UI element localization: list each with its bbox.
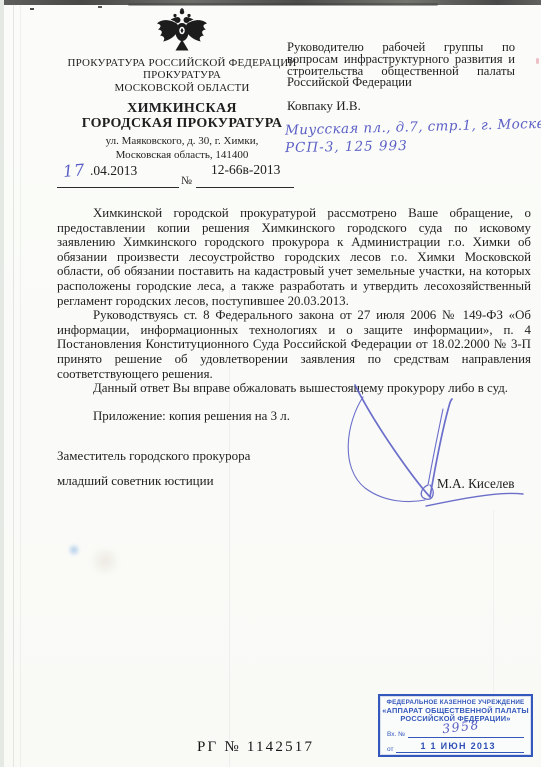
body-paragraph-1: Химкинской городской прокуратурой рассмо…	[57, 206, 531, 308]
paper-fold-line	[13, 4, 14, 767]
signer-position-line-2: младший советник юстиции	[57, 473, 214, 489]
letter-body: Химкинской городской прокуратурой рассмо…	[57, 206, 531, 423]
coat-of-arms-eagle-icon	[155, 8, 209, 54]
recipient-block: Руководителю рабочей группы по вопросам …	[287, 42, 515, 114]
handwritten-day: 17	[62, 160, 86, 181]
scan-speck	[30, 8, 34, 10]
org-name-line-1: ХИМКИНСКАЯ	[40, 101, 324, 116]
stamp-incoming-label: Вх. №	[387, 731, 408, 738]
letterhead: ПРОКУРАТУРА РОССИЙСКОЙ ФЕДЕРАЦИИ ПРОКУРА…	[40, 8, 324, 162]
paper-fold-line	[493, 510, 494, 717]
scan-artifact-left-edge	[0, 0, 4, 767]
number-underline	[196, 187, 294, 188]
handwritten-address-line-2: РСП-3, 125 993	[285, 138, 408, 156]
printed-date: .04.2013	[90, 163, 137, 179]
stamp-handwritten-number: 3958	[441, 717, 480, 736]
org-line-2: ПРОКУРАТУРА	[40, 69, 324, 81]
signer-position-line-1: Заместитель городского прокурора	[57, 448, 250, 464]
stamp-incoming-line: 3958	[408, 727, 524, 738]
attachment-line: Приложение: копия решения на 3 л.	[57, 409, 531, 424]
paper-stain	[88, 548, 122, 574]
registry-stamp: ФЕДЕРАЛЬНОЕ КАЗЕННОЕ УЧРЕЖДЕНИЕ «АППАРАТ…	[378, 694, 533, 757]
paper-fold-line	[20, 4, 21, 767]
stamp-date-line: 1 1 ИЮН 2013	[396, 742, 524, 753]
body-paragraph-2: Руководствуясь ст. 8 Федерального закона…	[57, 308, 531, 381]
number-sign: №	[181, 175, 192, 187]
org-name-line-2: ГОРОДСКАЯ ПРОКУРАТУРА	[40, 116, 324, 131]
date-underline	[57, 187, 179, 188]
stamp-incoming-row: Вх. № 3958	[387, 727, 524, 738]
document-page: ПРОКУРАТУРА РОССИЙСКОЙ ФЕДЕРАЦИИ ПРОКУРА…	[0, 0, 541, 767]
signer-name: М.А. Киселев	[437, 476, 515, 492]
org-line-1: ПРОКУРАТУРА РОССИЙСКОЙ ФЕДЕРАЦИИ	[40, 57, 324, 69]
stamp-date-value: 1 1 ИЮН 2013	[420, 741, 495, 751]
recipient-title: Руководителю рабочей группы по вопросам …	[287, 42, 515, 89]
registration-number: РГ № 1142517	[197, 739, 314, 756]
stamp-date-row: от 1 1 ИЮН 2013	[387, 742, 524, 753]
scan-artifact-top-strip-dark	[128, 3, 438, 6]
org-address-line-1: ул. Маяковского, д. 30, г. Химки,	[40, 135, 324, 149]
org-line-3: МОСКОВСКОЙ ОБЛАСТИ	[40, 82, 324, 94]
stamp-date-label: от	[387, 746, 396, 753]
reference-number: 12-66в-2013	[211, 162, 280, 178]
body-paragraph-3: Данный ответ Вы вправе обжаловать вышест…	[57, 381, 531, 396]
ink-smudge	[68, 543, 80, 557]
scan-speck	[536, 58, 539, 64]
recipient-name: Ковпаку И.В.	[287, 98, 515, 114]
